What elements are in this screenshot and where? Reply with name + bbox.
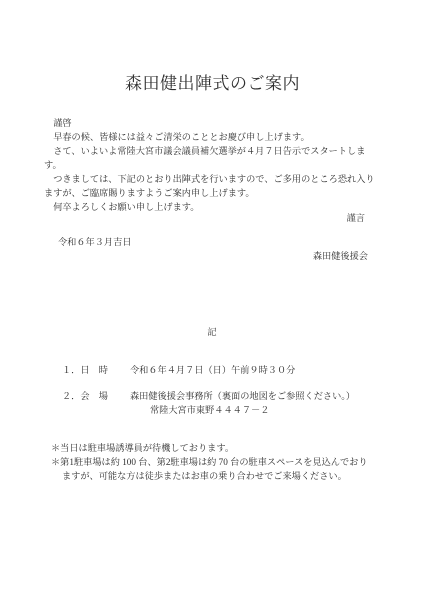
parking-note-continuation: ますが、可能な方は徒歩またはお車の乗り合わせでご来場ください。 <box>51 469 381 483</box>
parking-notes: ＊当日は駐車場誘導員が待機しております。 ＊第1駐車場は約 100 台、第2駐車… <box>44 441 381 483</box>
venue-name: 森田健後援会事務所（裏面の地図をご参照ください。） <box>130 389 355 403</box>
sender-name: 森田健後援会 <box>44 249 381 263</box>
parking-note: ＊第1駐車場は約 100 台、第2駐車場は約 70 台の駐車スペースを見込んでお… <box>51 455 381 469</box>
venue-address: 常陸大宮市東野４４４７－２ <box>130 403 355 417</box>
record-marker: 記 <box>44 325 381 339</box>
body-line: す。 <box>44 158 381 172</box>
page-title: 森田健出陣式のご案内 <box>44 72 381 96</box>
body-line: つきましては、下記のとおり出陣式を行いますので、ご多用のところ恐れ入り <box>44 172 381 186</box>
parking-note: ＊当日は駐車場誘導員が待機しております。 <box>51 441 381 455</box>
datetime-text: 令和６年４月７日（日）午前９時３０分 <box>130 363 295 377</box>
item-row-datetime: １． 日 時 令和６年４月７日（日）午前９時３０分 <box>44 363 381 377</box>
item-head: １． 日 時 <box>44 363 130 377</box>
body-line: 早春の候、皆様には益々ご清栄のこととお慶び申し上げます。 <box>44 130 381 144</box>
item-number: ２． <box>62 389 80 403</box>
item-head: ２． 会 場 <box>44 389 130 403</box>
document-page: 森田健出陣式のご案内 謹啓 早春の候、皆様には益々ご清栄のこととお慶び申し上げま… <box>0 0 424 600</box>
body-line: さて、いよいよ常陸大宮市議会議員補欠選挙が４月７日告示でスタートしま <box>44 144 381 158</box>
detail-list: １． 日 時 令和６年４月７日（日）午前９時３０分 ２． 会 場 森田健後援会事… <box>44 363 381 417</box>
item-row-venue: ２． 会 場 森田健後援会事務所（裏面の地図をご参照ください。） 常陸大宮市東野… <box>44 389 381 417</box>
date-line: 令和６年３月吉日 <box>44 235 381 249</box>
greeting-opening: 謹啓 <box>44 116 381 130</box>
body-line: ますが、ご臨席賜りますようご案内申し上げます。 <box>44 186 381 200</box>
letter-body: 謹啓 早春の候、皆様には益々ご清栄のこととお慶び申し上げます。 さて、いよいよ常… <box>44 116 381 225</box>
item-label-venue: 会 場 <box>80 389 108 403</box>
item-label-datetime: 日 時 <box>80 363 108 377</box>
item-number: １． <box>62 363 80 377</box>
item-value-datetime: 令和６年４月７日（日）午前９時３０分 <box>130 363 295 377</box>
item-value-venue: 森田健後援会事務所（裏面の地図をご参照ください。） 常陸大宮市東野４４４７－２ <box>130 389 355 417</box>
